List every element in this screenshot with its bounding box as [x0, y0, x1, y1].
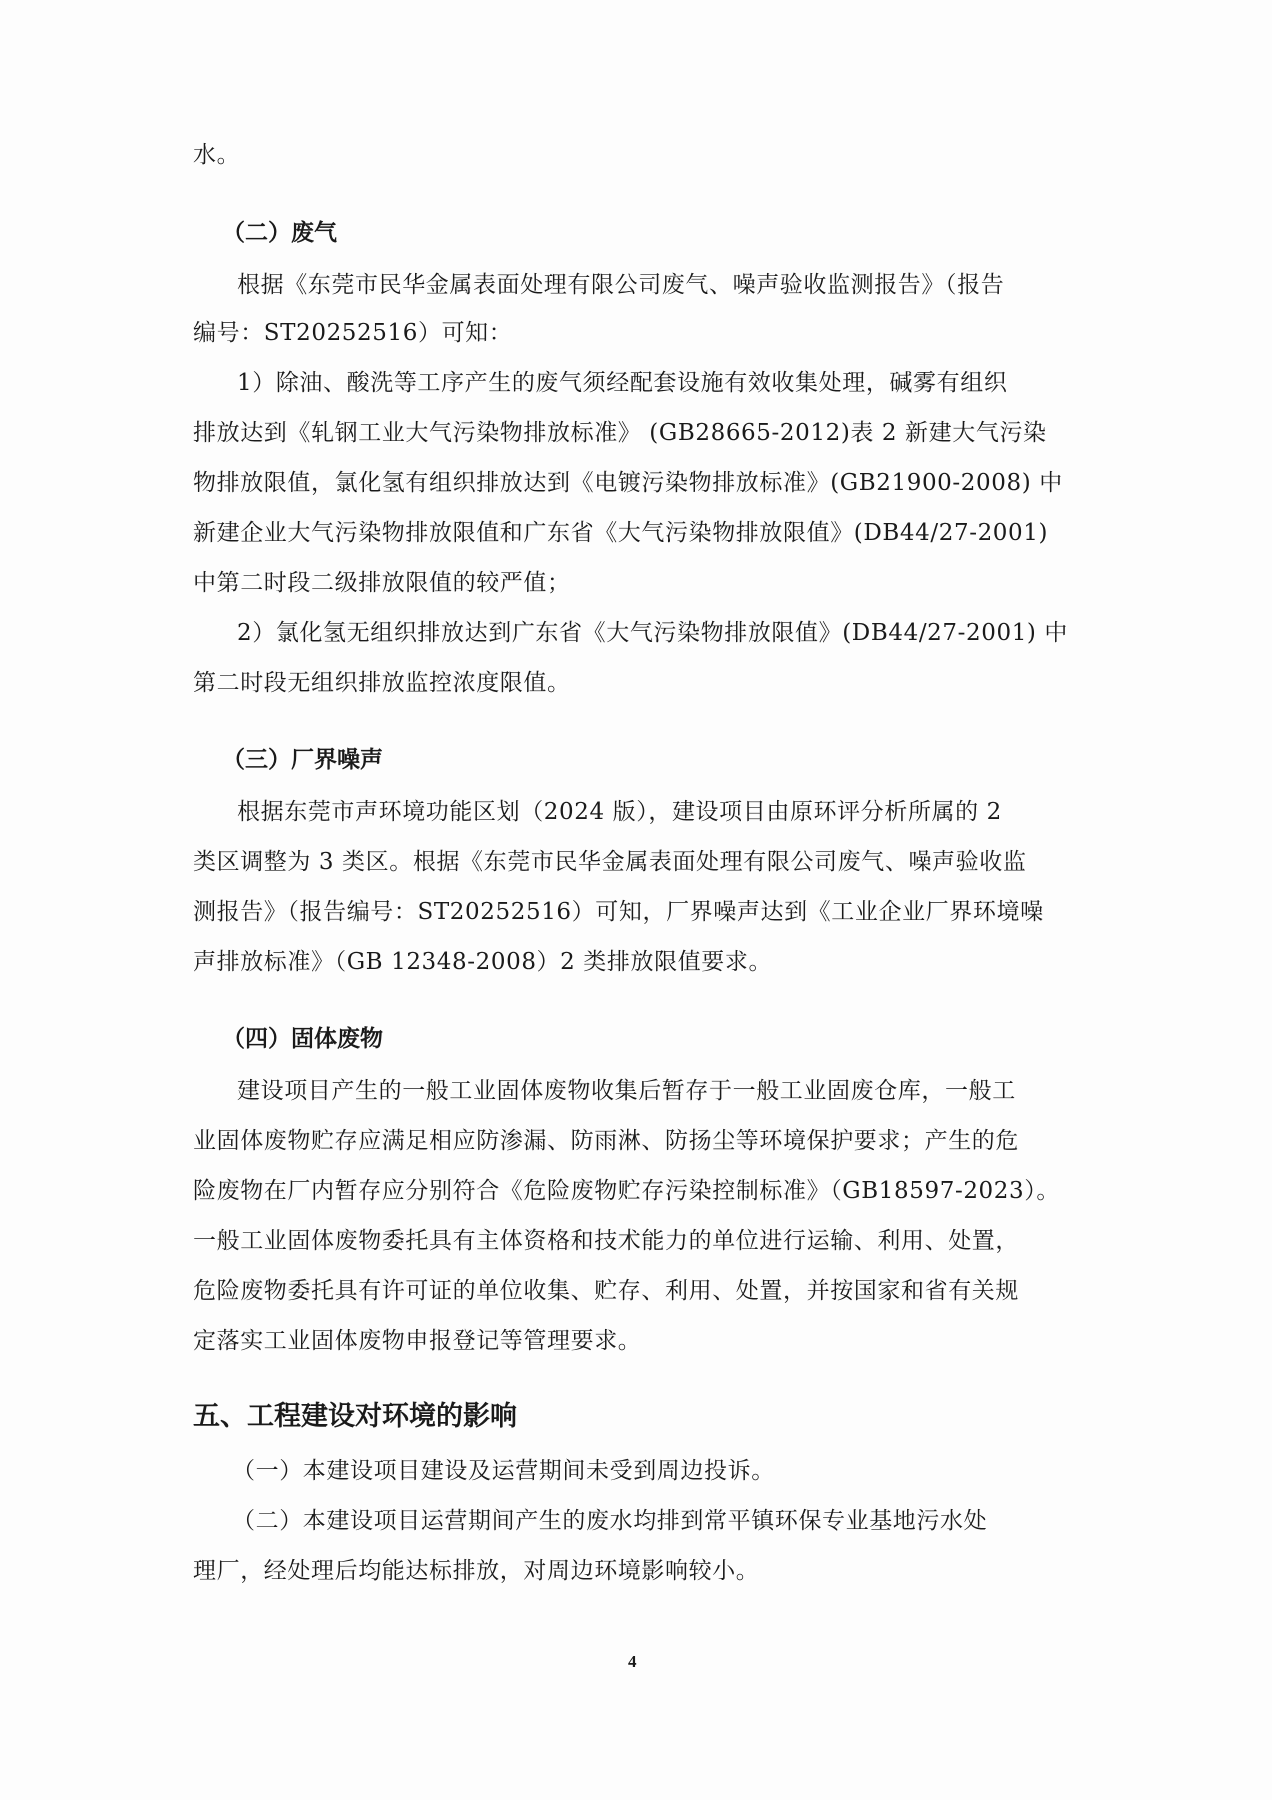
- heading-impact: 五、工程建设对环境的影响: [193, 1400, 517, 1434]
- paragraph-line: 险废物在厂内暂存应分别符合《危险废物贮存污染控制标准》（GB18597-2023…: [193, 1176, 1083, 1206]
- heading-solid-waste: （四）固体废物: [222, 1024, 383, 1054]
- list-item-2-line: 2）氯化氢无组织排放达到广东省《大气污染物排放限值》(DB44/27-2001)…: [237, 618, 1127, 648]
- impact-item-1: （一）本建设项目建设及运营期间未受到周边投诉。: [232, 1456, 775, 1486]
- list-item-1-line: 中第二时段二级排放限值的较严值；: [193, 568, 1083, 598]
- paragraph-line: 建设项目产生的一般工业固体废物收集后暂存于一般工业固废仓库，一般工: [237, 1076, 1127, 1106]
- heading-waste-gas: （二）废气: [222, 218, 337, 248]
- paragraph-line: 测报告》（报告编号：ST20252516）可知，厂界噪声达到《工业企业厂界环境噪: [193, 897, 1083, 927]
- paragraph-line: 根据《东莞市民华金属表面处理有限公司废气、噪声验收监测报告》（报告: [237, 270, 1127, 300]
- list-item-2-line: 第二时段无组织排放监控浓度限值。: [193, 668, 1083, 698]
- impact-item-2-line: （二）本建设项目运营期间产生的废水均排到常平镇环保专业基地污水处: [232, 1506, 987, 1536]
- list-item-1-line: 新建企业大气污染物排放限值和广东省《大气污染物排放限值》(DB44/27-200…: [193, 518, 1083, 548]
- impact-item-2-line: 理厂，经处理后均能达标排放，对周边环境影响较小。: [193, 1556, 1083, 1586]
- paragraph-line: 编号：ST20252516）可知：: [193, 318, 1083, 348]
- list-item-1-line: 物排放限值，氯化氢有组织排放达到《电镀污染物排放标准》(GB21900-2008…: [193, 468, 1083, 498]
- paragraph-line: 根据东莞市声环境功能区划（2024 版），建设项目由原环评分析所属的 2: [237, 797, 1127, 827]
- list-item-1-line: 排放达到《轧钢工业大气污染物排放标准》 (GB28665-2012)表 2 新建…: [193, 418, 1083, 448]
- paragraph-line: 业固体废物贮存应满足相应防渗漏、防雨淋、防扬尘等环境保护要求；产生的危: [193, 1126, 1083, 1156]
- heading-noise: （三）厂界噪声: [222, 745, 383, 775]
- continuation-text: 水。: [193, 140, 1083, 170]
- paragraph-line: 声排放标准》（GB 12348-2008）2 类排放限值要求。: [193, 947, 1083, 977]
- page-number: 4: [628, 1652, 637, 1672]
- list-item-1-line: 1）除油、酸洗等工序产生的废气须经配套设施有效收集处理，碱雾有组织: [237, 368, 1127, 398]
- paragraph-line: 类区调整为 3 类区。根据《东莞市民华金属表面处理有限公司废气、噪声验收监: [193, 847, 1083, 877]
- document-page: 水。 （二）废气 根据《东莞市民华金属表面处理有限公司废气、噪声验收监测报告》（…: [0, 0, 1272, 1800]
- paragraph-line: 危险废物委托具有许可证的单位收集、贮存、利用、处置，并按国家和省有关规: [193, 1276, 1083, 1306]
- paragraph-line: 定落实工业固体废物申报登记等管理要求。: [193, 1326, 1083, 1356]
- paragraph-line: 一般工业固体废物委托具有主体资格和技术能力的单位进行运输、利用、处置，: [193, 1226, 1083, 1256]
